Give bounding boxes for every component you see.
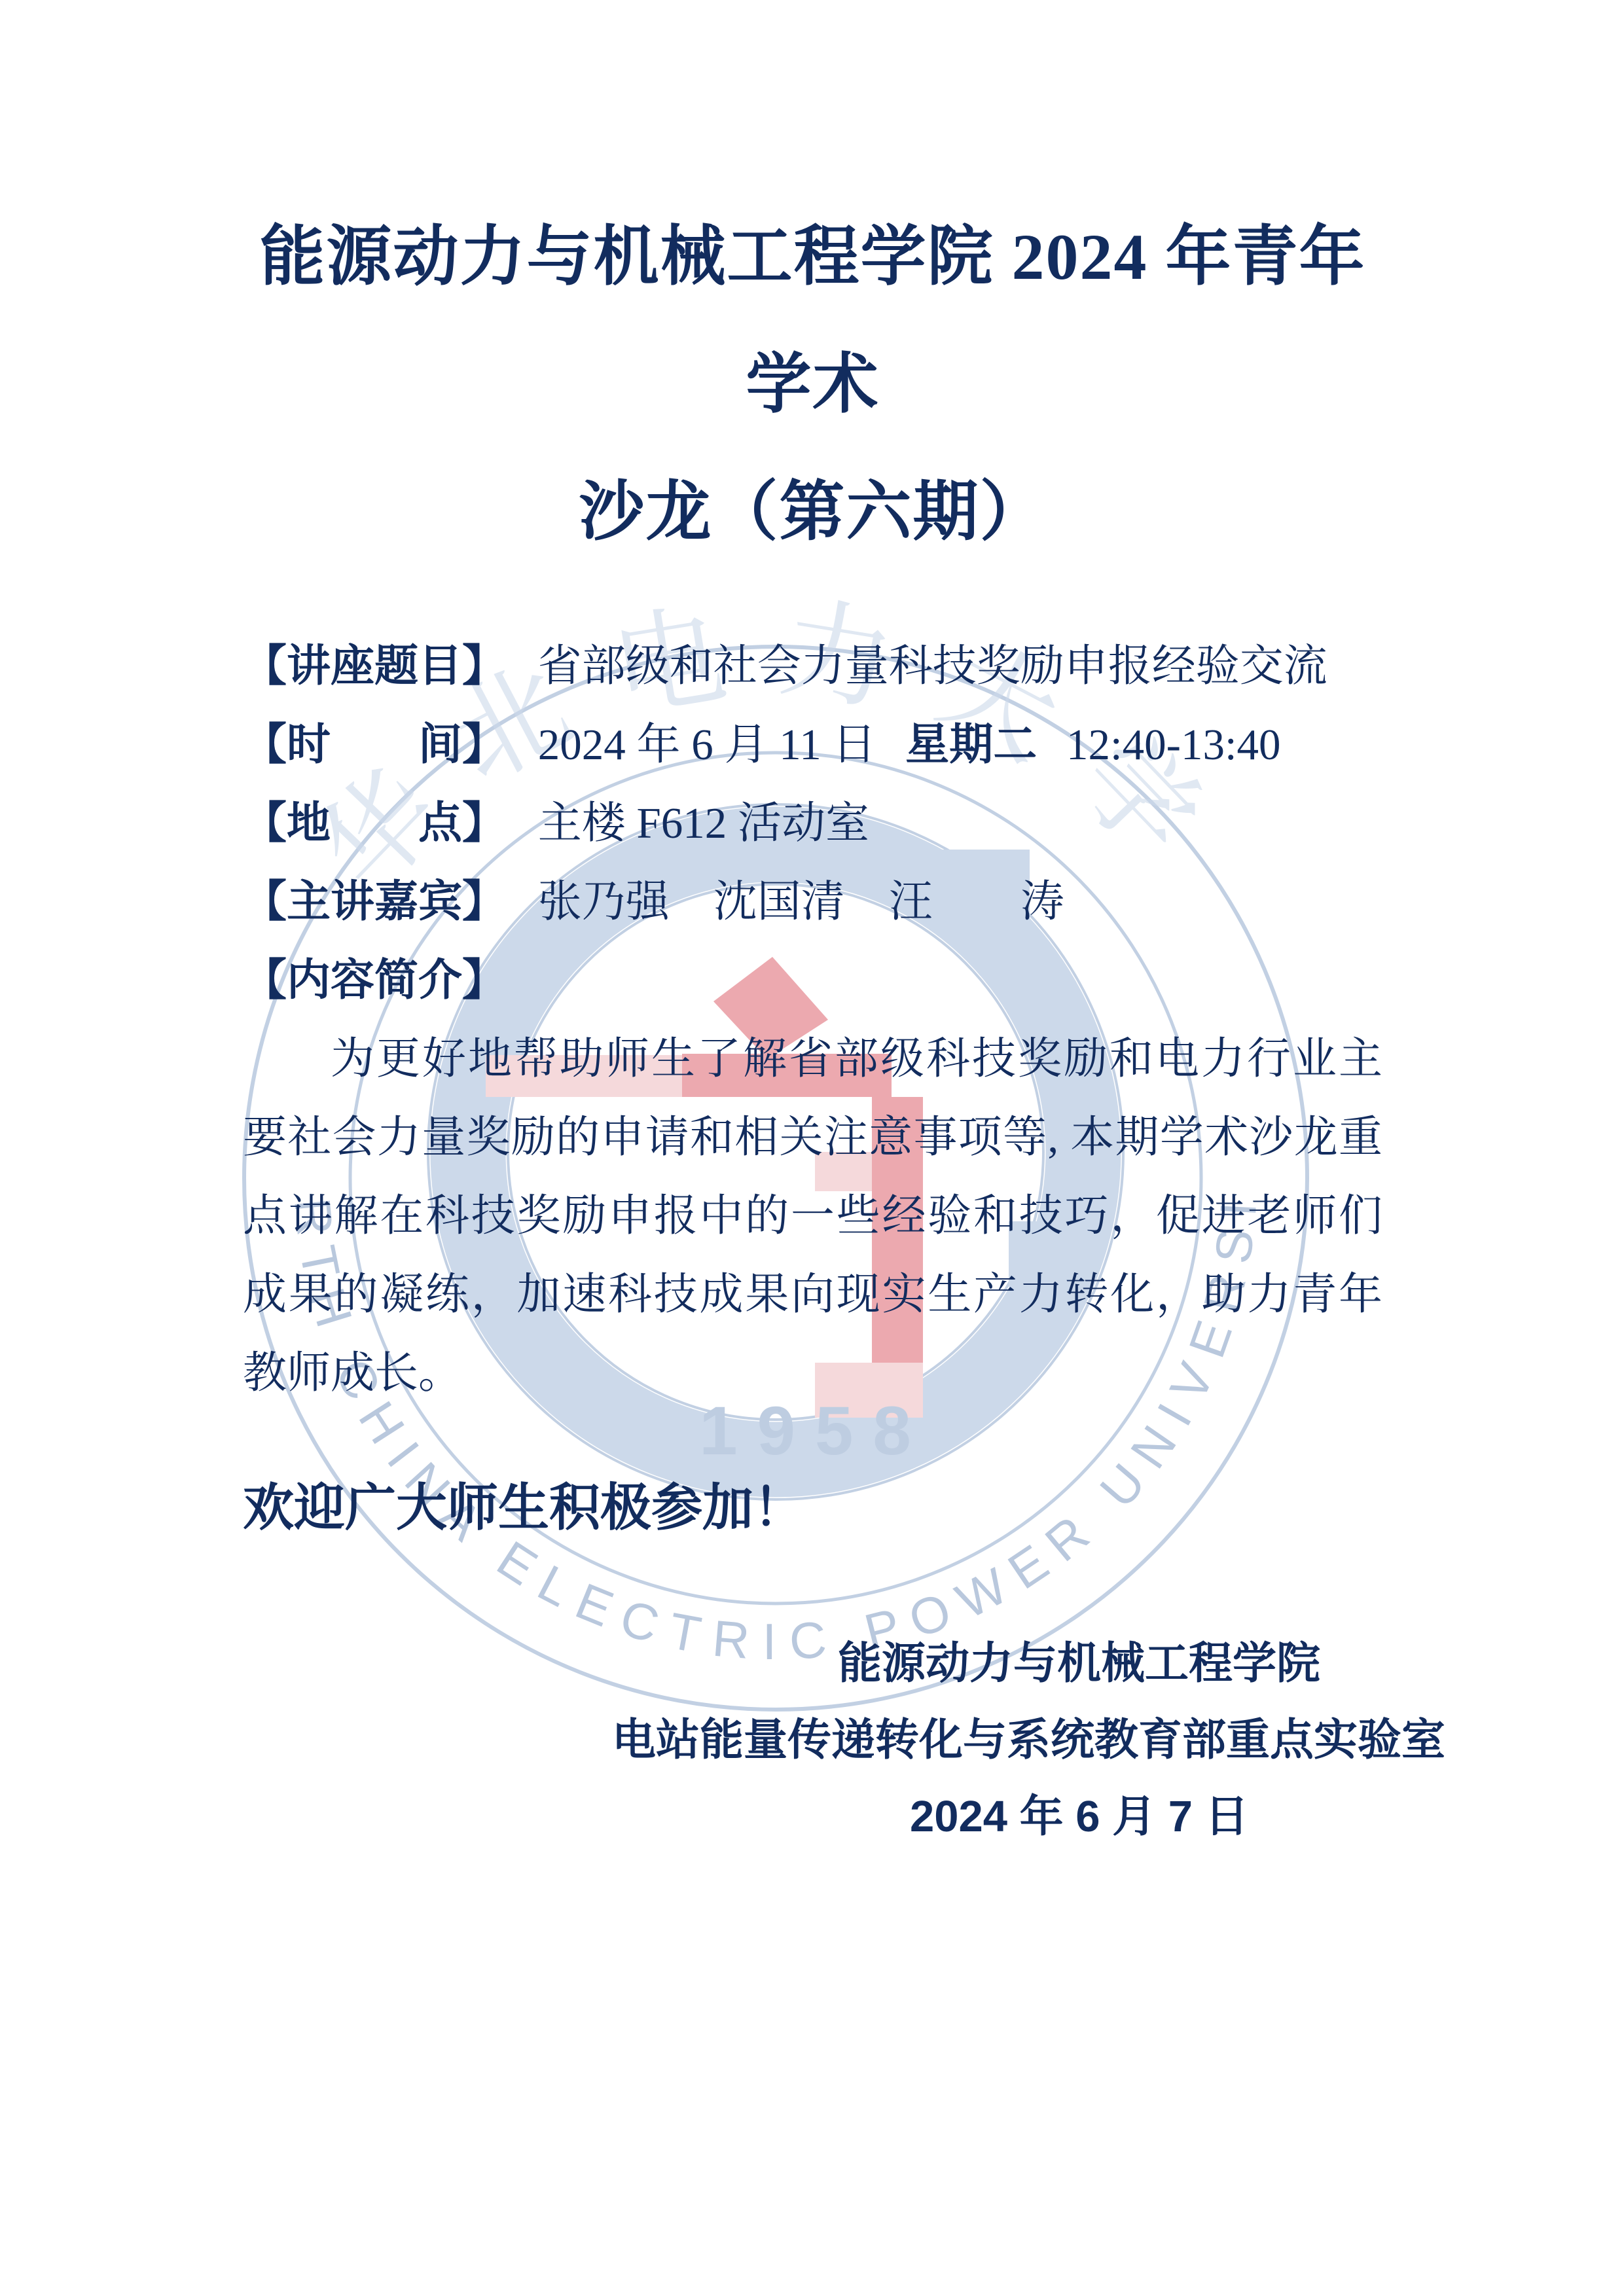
intro-label: 【内容简介】 <box>243 956 506 1005</box>
announcement-page: 华北电力大学 NORTH CHINA ELECTRIC POWER UNIVER… <box>0 0 1624 2296</box>
time-date: 2024 年 6 月 11 日 <box>538 721 876 769</box>
place-value: 主楼 F612 活动室 <box>538 799 869 848</box>
info-line-time: 【时 间】 2024 年 6 月 11 日 星期二 12:40-13:40 <box>243 706 1382 784</box>
info-line-speakers: 【主讲嘉宾】 张乃强 沈国清 汪 涛 <box>243 863 1382 941</box>
document-content: 能源动力与机械工程学院 2024 年青年学术 沙龙（第六期） 【讲座题目】 省部… <box>243 193 1382 1855</box>
page-title-line1: 能源动力与机械工程学院 2024 年青年学术 <box>260 221 1366 421</box>
time-weekday: 星期二 <box>905 720 1037 769</box>
signature-org-line2: 电站能量传递转化与系统教育部重点实验室 <box>243 1702 1382 1778</box>
speakers-value: 张乃强 沈国清 汪 涛 <box>538 878 1064 926</box>
info-line-intro: 【内容简介】 <box>243 941 1382 1020</box>
signature-date: 2024 年 6 月 7 日 <box>243 1778 1382 1855</box>
topic-label: 【讲座题目】 <box>243 641 506 691</box>
time-range: 12:40-13:40 <box>1066 721 1281 769</box>
speakers-label: 【主讲嘉宾】 <box>243 877 506 926</box>
intro-paragraph: 为更好地帮助师生了解省部级科技奖励和电力行业主要社会力量奖励的申请和相关注意事项… <box>243 1020 1382 1412</box>
time-label: 【时 间】 <box>243 720 506 769</box>
signature-org-line1: 能源动力与机械工程学院 <box>243 1625 1382 1702</box>
topic-value: 省部级和社会力量科技奖励申报经验交流 <box>538 642 1327 691</box>
page-title: 能源动力与机械工程学院 2024 年青年学术 沙龙（第六期） <box>243 193 1382 576</box>
signature-block: 能源动力与机械工程学院 电站能量传递转化与系统教育部重点实验室 2024 年 6… <box>243 1625 1382 1855</box>
page-title-line2: 沙龙（第六期） <box>579 476 1047 548</box>
place-label: 【地 点】 <box>243 798 506 848</box>
info-line-place: 【地 点】 主楼 F612 活动室 <box>243 784 1382 863</box>
info-line-topic: 【讲座题目】 省部级和社会力量科技奖励申报经验交流 <box>243 627 1382 706</box>
event-info-list: 【讲座题目】 省部级和社会力量科技奖励申报经验交流 【时 间】 2024 年 6… <box>243 627 1382 1020</box>
welcome-message: 欢迎广大师生积极参加！ <box>243 1471 1382 1543</box>
